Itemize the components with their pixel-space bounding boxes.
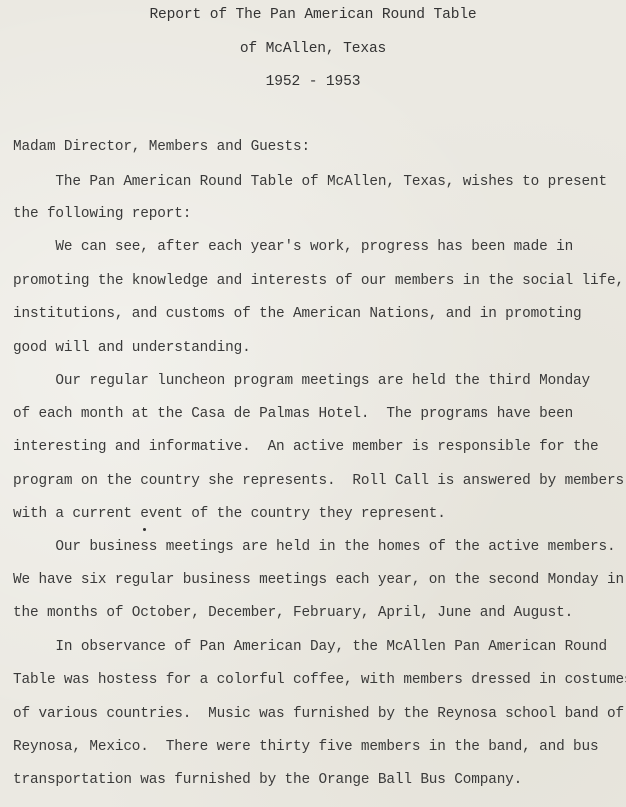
paragraph-3-line-5: with a current event of the country they… (13, 505, 446, 523)
paragraph-5-line-1: In observance of Pan American Day, the M… (13, 638, 607, 656)
paragraph-5-line-5: transportation was furnished by the Oran… (13, 771, 522, 789)
document-page: Report of The Pan American Round Table o… (0, 0, 626, 807)
paragraph-5-line-3: of various countries. Music was furnishe… (13, 705, 624, 723)
paragraph-2-line-4: good will and understanding. (13, 339, 251, 357)
paragraph-3-line-3: interesting and informative. An active m… (13, 438, 599, 456)
paragraph-2-line-1: We can see, after each year's work, prog… (13, 238, 573, 256)
paragraph-3-line-2: of each month at the Casa de Palmas Hote… (13, 405, 573, 423)
paragraph-5-line-4: Reynosa, Mexico. There were thirty five … (13, 738, 599, 756)
report-years: 1952 - 1953 (0, 73, 626, 91)
ink-speck (143, 528, 146, 531)
report-title: Report of The Pan American Round Table (0, 6, 626, 24)
paragraph-5-line-2: Table was hostess for a colorful coffee,… (13, 671, 626, 689)
paragraph-3-line-1: Our regular luncheon program meetings ar… (13, 372, 590, 390)
paragraph-2-line-2: promoting the knowledge and interests of… (13, 272, 624, 290)
paragraph-4-line-2: We have six regular business meetings ea… (13, 571, 624, 589)
paragraph-4-line-3: the months of October, December, Februar… (13, 604, 573, 622)
paragraph-4-line-1: Our business meetings are held in the ho… (13, 538, 616, 556)
salutation: Madam Director, Members and Guests: (13, 138, 310, 156)
report-location: of McAllen, Texas (0, 40, 626, 58)
paragraph-3-line-4: program on the country she represents. R… (13, 472, 624, 490)
paragraph-1-line-1: The Pan American Round Table of McAllen,… (13, 173, 607, 191)
paragraph-2-line-3: institutions, and customs of the America… (13, 305, 582, 323)
paragraph-1-line-2: the following report: (13, 205, 191, 223)
